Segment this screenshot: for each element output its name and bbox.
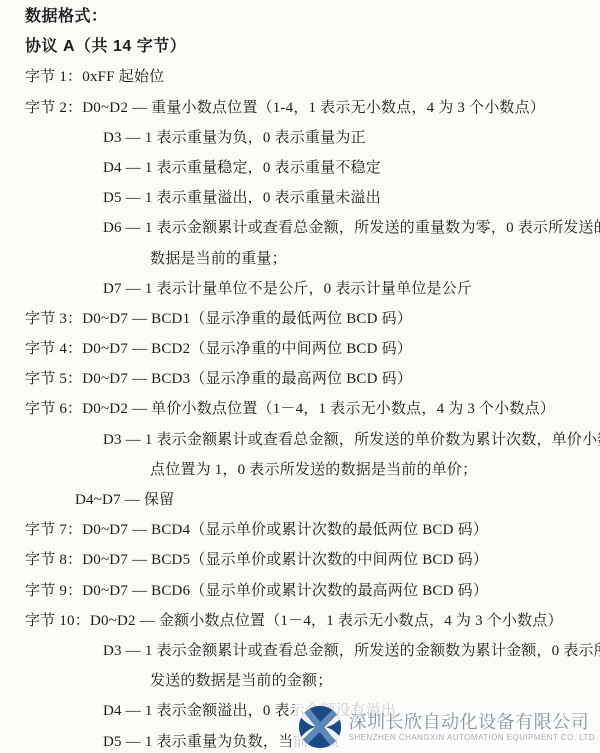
doc-line-byte: 字节 1：0xFF 起始位 (0, 62, 600, 92)
doc-line-cont: 数据是当前的重量； (0, 244, 600, 274)
document-body: 数据格式：协议 A（共 14 字节）字节 1：0xFF 起始位字节 2：D0~D… (0, 2, 600, 753)
doc-line-bit: D3 — 1 表示重量为负，0 表示重量为正 (0, 123, 600, 153)
doc-line-h1: 数据格式： (0, 2, 600, 32)
doc-line-byte: 字节 10：D0~D2 — 金额小数点位置（1－4，1 表示无小数点，4 为 3… (0, 606, 600, 636)
doc-line-bit: D3 — 1 表示金额累计或查看总金额，所发送的单价数为累计次数，单价小数 (0, 425, 600, 455)
doc-line-bit: D5 — 1 表示重量溢出，0 表示重量未溢出 (0, 183, 600, 213)
doc-line-bit: D7 — 1 表示计量单位不是公斤，0 表示计量单位是公斤 (0, 274, 600, 304)
doc-line-bit: D6 — 1 表示金额累计或查看总金额，所发送的重量数为零，0 表示所发送的 (0, 213, 600, 243)
doc-line-byte: 字节 3：D0~D7 — BCD1（显示净重的最低两位 BCD 码） (0, 304, 600, 334)
company-name-block: 深圳长欣自动化设备有限公司 SHENZHEN CHANGXIN AUTOMATI… (349, 711, 595, 743)
doc-line-byte: 字节 7：D0~D7 — BCD4（显示单价或累计次数的最低两位 BCD 码） (0, 515, 600, 545)
company-logo-icon (297, 704, 343, 750)
company-name-cn: 深圳长欣自动化设备有限公司 (349, 711, 595, 733)
company-name-en: SHENZHEN CHANGXIN AUTOMATION EQUIPMENT C… (349, 733, 595, 743)
doc-line-bit: D4 — 1 表示重量稳定，0 表示重量不稳定 (0, 153, 600, 183)
doc-line-byte: 字节 2：D0~D2 — 重量小数点位置（1-4，1 表示无小数点，4 为 3 … (0, 93, 600, 123)
doc-line-byte: 字节 8：D0~D7 — BCD5（显示单价或累计次数的中间两位 BCD 码） (0, 545, 600, 575)
doc-line-byte: 字节 5：D0~D7 — BCD3（显示净重的最高两位 BCD 码） (0, 364, 600, 394)
document-page: 数据格式：协议 A（共 14 字节）字节 1：0xFF 起始位字节 2：D0~D… (0, 0, 600, 753)
doc-line-cont: 点位置为 1，0 表示所发送的数据是当前的单价； (0, 455, 600, 485)
doc-line-byte: 字节 4：D0~D7 — BCD2（显示净重的中间两位 BCD 码） (0, 334, 600, 364)
doc-line-h2: 协议 A（共 14 字节） (0, 32, 600, 62)
doc-line-byte: 字节 6：D0~D2 — 单价小数点位置（1－4，1 表示无小数点，4 为 3 … (0, 394, 600, 424)
doc-line-range: D4~D7 — 保留 (0, 485, 600, 515)
doc-line-byte: 字节 9：D0~D7 — BCD6（显示单价或累计次数的最高两位 BCD 码） (0, 576, 600, 606)
doc-line-bit: D3 — 1 表示金额累计或查看总金额，所发送的金额数为累计金额，0 表示所 (0, 636, 600, 666)
doc-line-cont: 发送的数据是当前的金额； (0, 666, 600, 696)
company-watermark: 深圳长欣自动化设备有限公司 SHENZHEN CHANGXIN AUTOMATI… (295, 702, 598, 752)
